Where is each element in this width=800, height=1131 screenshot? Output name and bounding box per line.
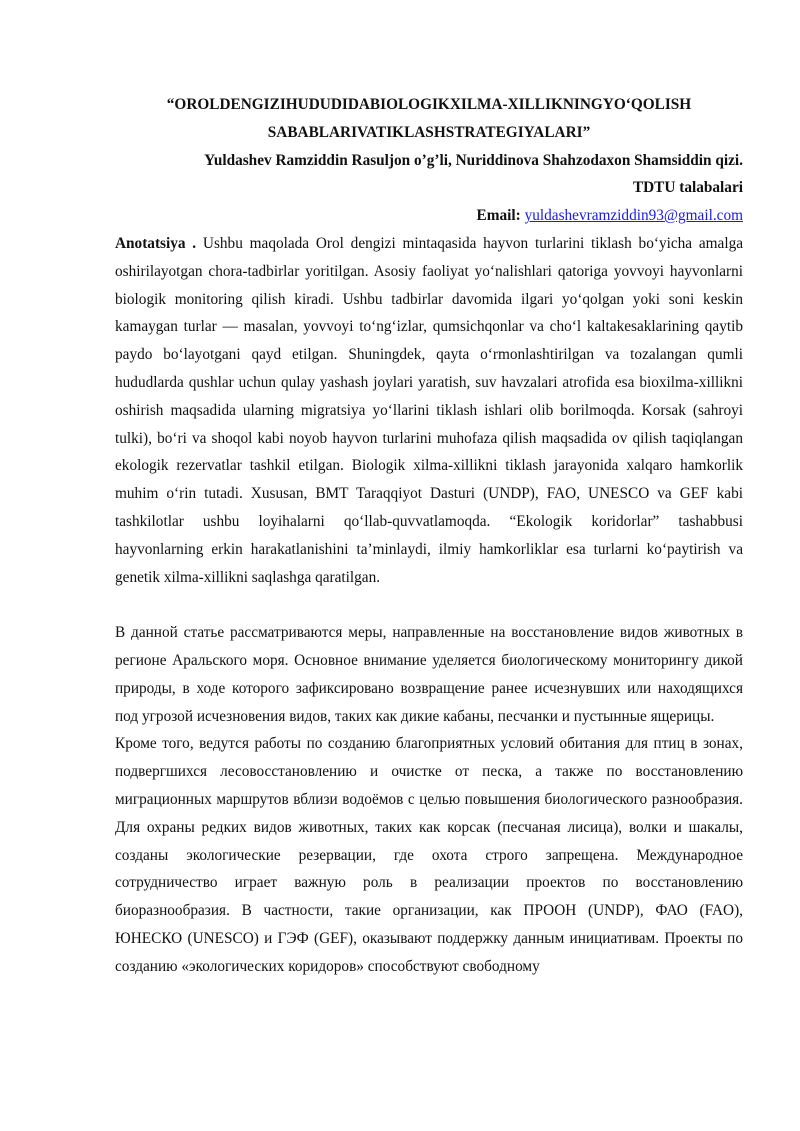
abstract-label: Anotatsiya .	[115, 235, 196, 252]
title-line-2: SABABLARIVATIKLASHSTRATEGIYALARI”	[115, 119, 743, 147]
email-label: Email:	[477, 207, 521, 224]
russian-paragraph-2: Кроме того, ведутся работы по созданию б…	[115, 730, 743, 980]
email-line: Email: yuldashevramziddin93@gmail.com	[115, 202, 743, 230]
affiliation: TDTU talabalari	[115, 174, 743, 202]
email-link[interactable]: yuldashevramziddin93@gmail.com	[525, 207, 743, 224]
russian-paragraph-1: В данной статье рассматриваются меры, на…	[115, 619, 743, 730]
authors: Yuldashev Ramziddin Rasuljon o’g’li, Nur…	[115, 147, 743, 175]
paragraph-gap	[115, 591, 743, 619]
title-line-1: “OROLDENGIZIHUDUDIDABIOLOGIKXILMA-XILLIK…	[115, 91, 743, 119]
abstract-text: Ushbu maqolada Orol dengizi mintaqasida …	[115, 235, 743, 586]
document-page: “OROLDENGIZIHUDUDIDABIOLOGIKXILMA-XILLIK…	[115, 91, 743, 981]
abstract-paragraph: Anotatsiya . Ushbu maqolada Orol dengizi…	[115, 230, 743, 591]
